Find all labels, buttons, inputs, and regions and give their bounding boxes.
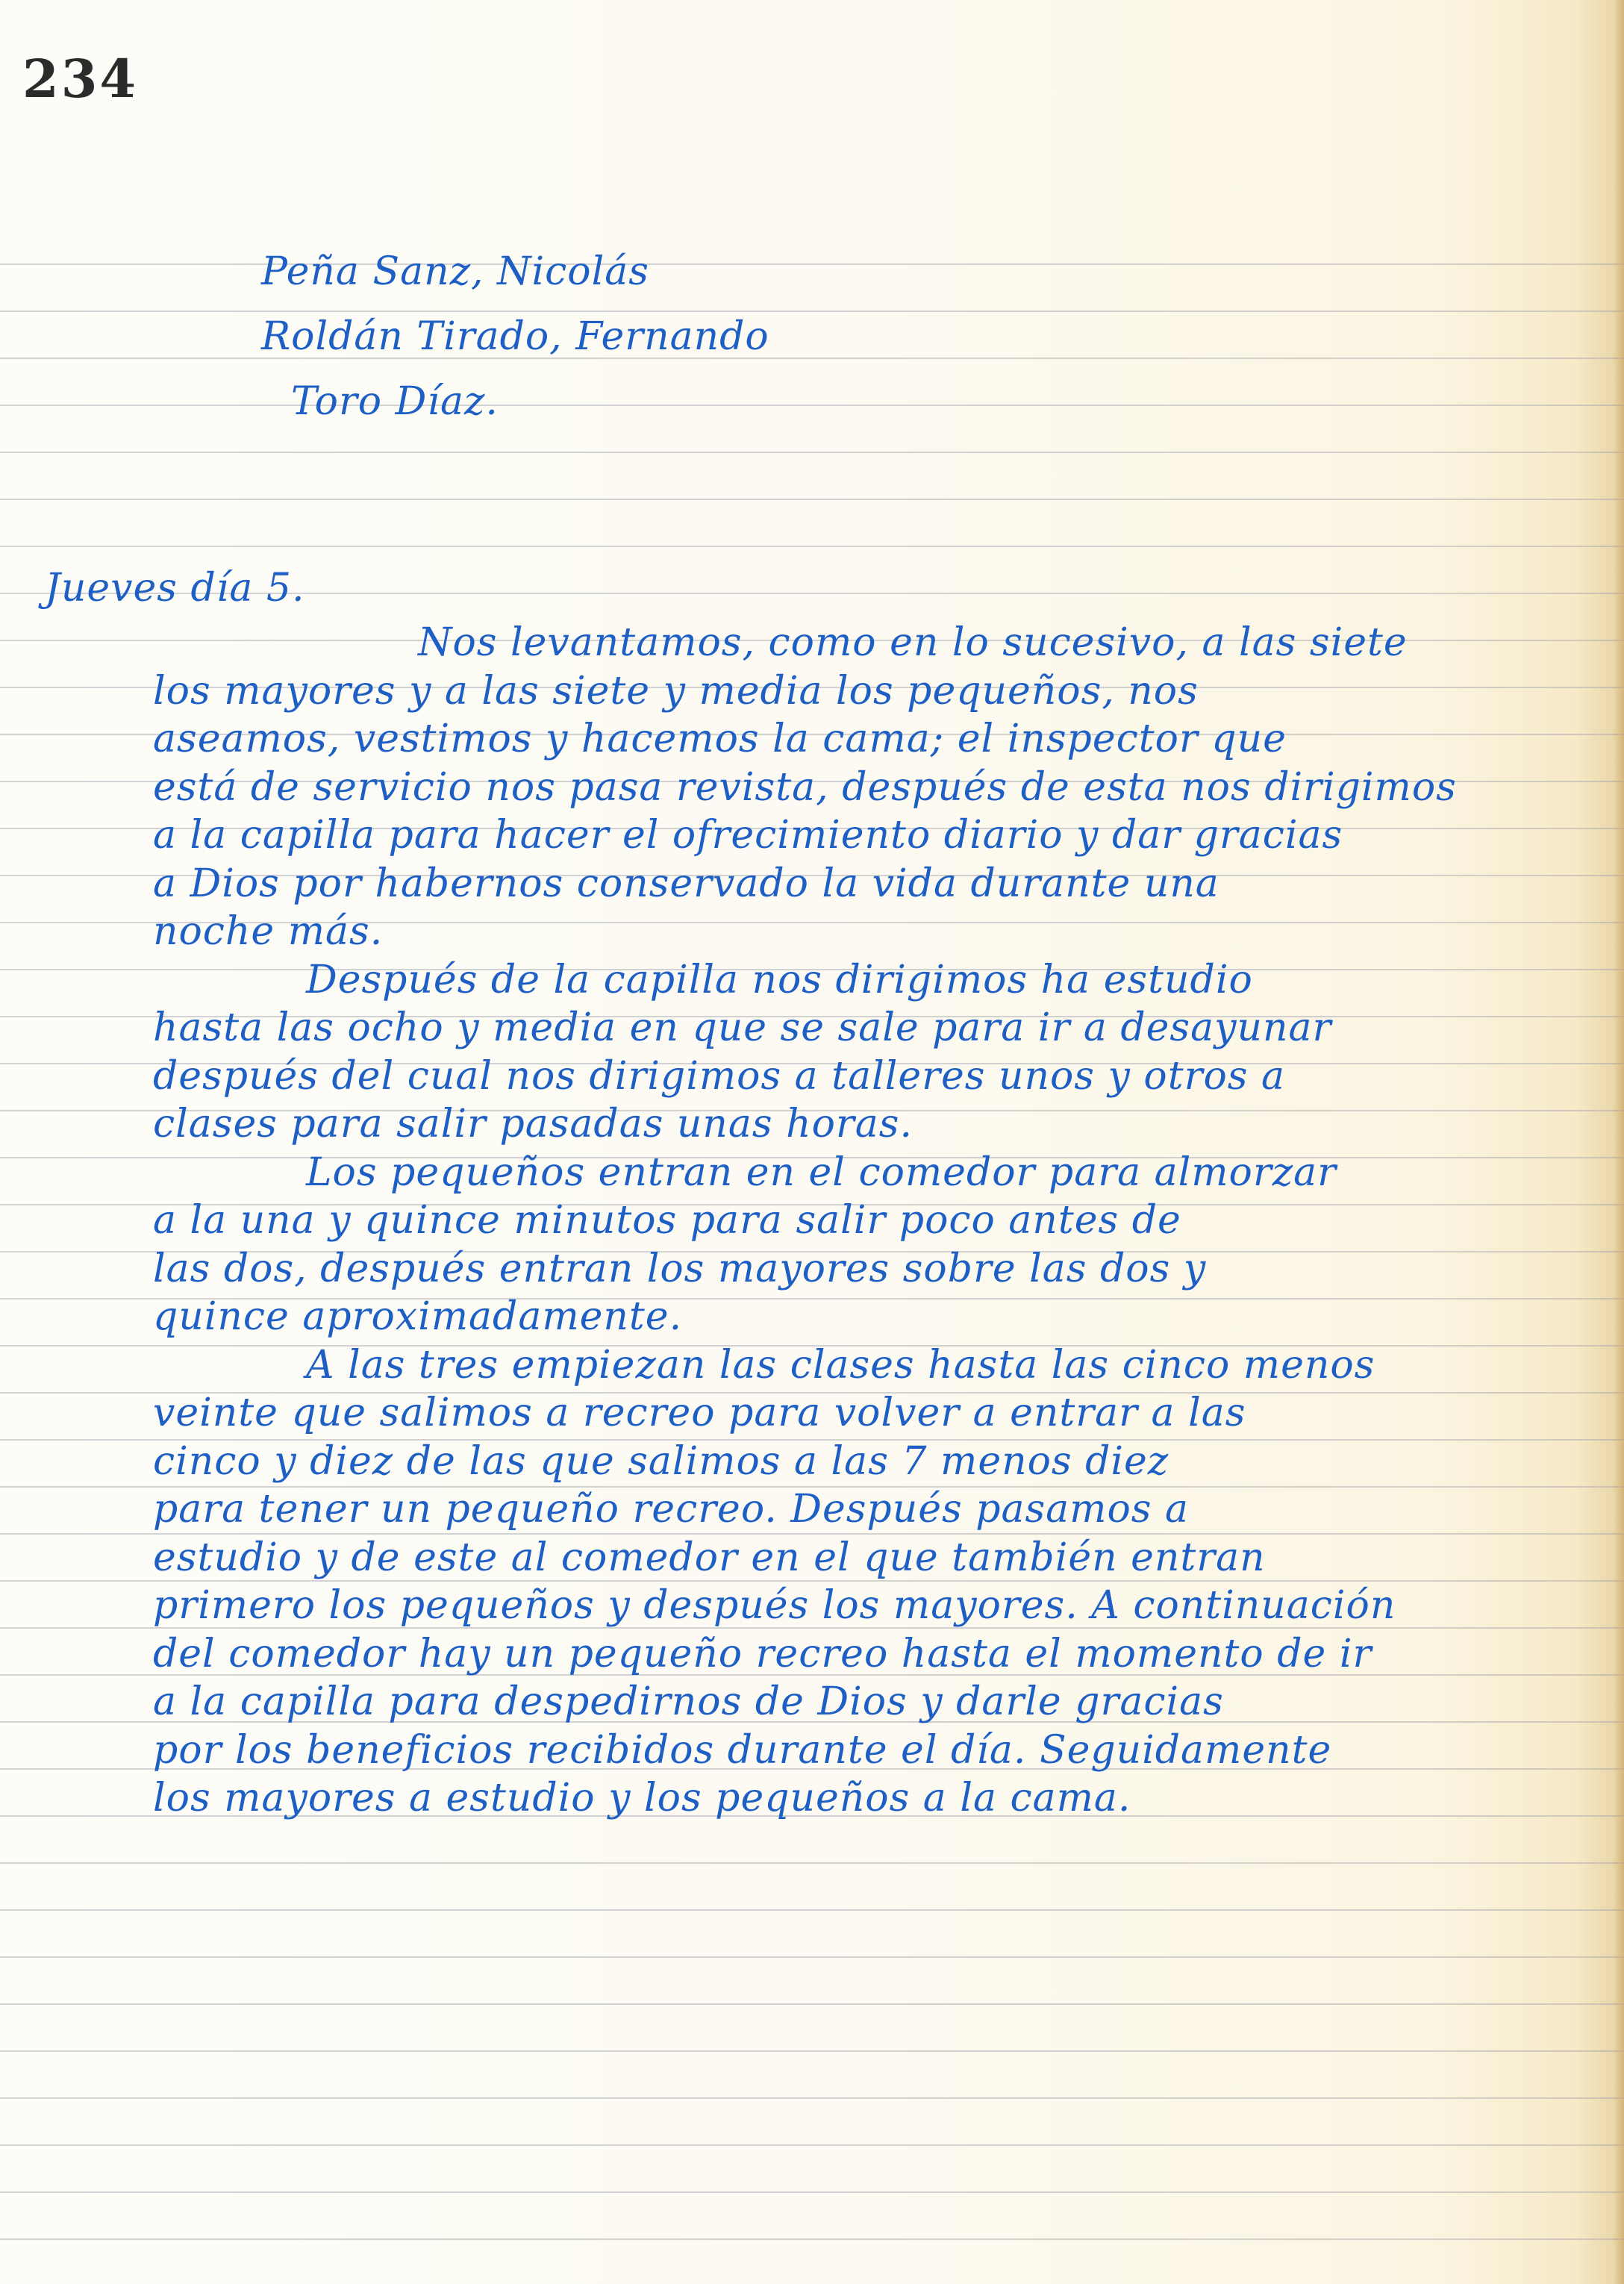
entry-line: Después de la capilla nos dirigimos ha e… [306,961,1253,999]
entry-line: clases para salir pasadas unas horas. [153,1105,913,1143]
name-line: Toro Díaz. [291,382,499,421]
entry-line: está de servicio nos pasa revista, despu… [153,768,1457,807]
page-number: 234 [22,48,138,110]
entry-line: a la una y quince minutos para salir poc… [153,1201,1181,1240]
page-edge [1614,0,1624,2284]
entry-line: veinte que salimos a recreo para volver … [153,1394,1246,1432]
entry-line: a Dios por habernos conservado la vida d… [153,864,1219,903]
entry-line: quince aproximadamente. [153,1297,682,1336]
entry-line: cinco y diez de las que salimos a las 7 … [153,1442,1169,1481]
entry-line: Los pequeños entran en el comedor para a… [306,1153,1337,1192]
entry-line: los mayores a estudio y los pequeños a l… [153,1779,1131,1817]
entry-line: para tener un pequeño recreo. Después pa… [153,1490,1189,1529]
entry-line: primero los pequeños y después los mayor… [153,1586,1396,1625]
entry-line: a la capilla para hacer el ofrecimiento … [153,816,1343,855]
entry-line: del comedor hay un pequeño recreo hasta … [153,1635,1372,1673]
entry-line: aseamos, vestimos y hacemos la cama; el … [153,720,1287,758]
page-top-margin [0,0,1624,218]
name-line: Peña Sanz, Nicolás [261,252,649,291]
date-heading: Jueves día 5. [45,569,305,608]
entry-line: después del cual nos dirigimos a tallere… [153,1057,1285,1096]
entry-line: hasta las ocho y media en que se sale pa… [153,1008,1331,1047]
entry-line: Nos levantamos, como en lo sucesivo, a l… [418,623,1408,662]
entry-line: a la capilla para despedirnos de Dios y … [153,1682,1224,1721]
entry-line: por los beneficios recibidos durante el … [153,1731,1331,1770]
entry-line: los mayores y a las siete y media los pe… [153,672,1199,711]
entry-line: noche más. [153,912,383,951]
entry-line: A las tres empiezan las clases hasta las… [306,1346,1375,1385]
name-line: Roldán Tirado, Fernando [261,317,769,356]
entry-line: estudio y de este al comedor en el que t… [153,1538,1266,1577]
entry-line: las dos, después entran los mayores sobr… [153,1249,1206,1288]
